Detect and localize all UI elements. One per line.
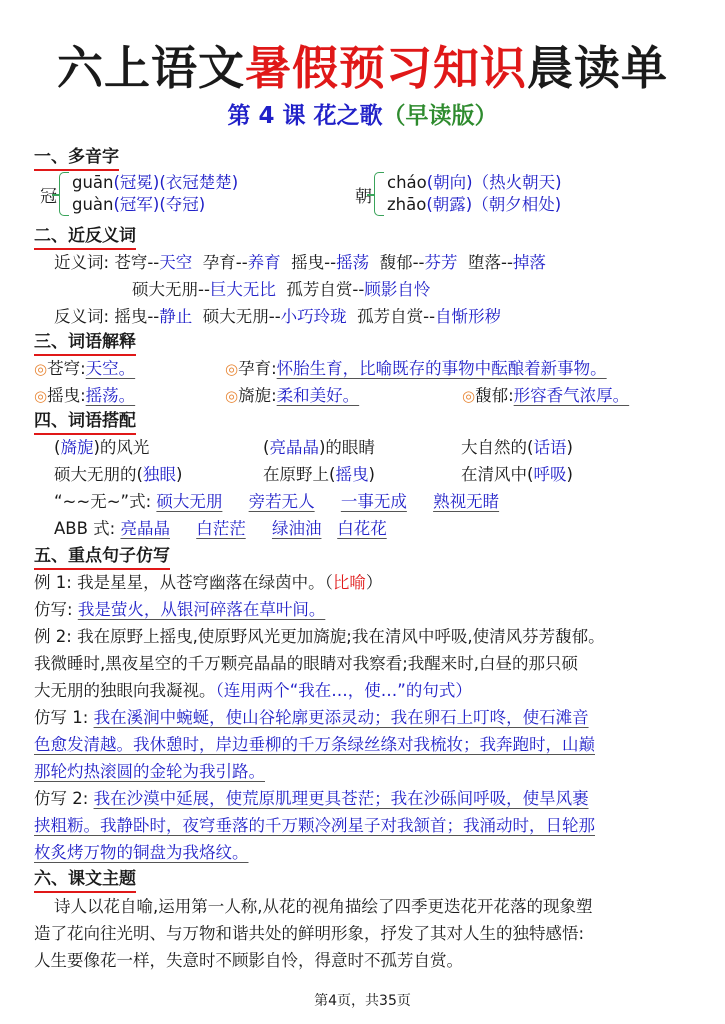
collocation-item: 在清风中(呼吸) (461, 463, 573, 487)
theme-line-3: 人生要像花一样，失意时不顾影自怜，得意时不孤芳自赏。 (34, 949, 463, 973)
imitation-2-line-3: 枚炙烤万物的铜盘为我烙纹。 (34, 841, 249, 865)
bracket-icon (59, 172, 69, 216)
collocation-item: (旖旎)的风光 (54, 436, 149, 460)
collocation-item: (亮晶晶)的眼睛 (263, 436, 375, 460)
circle-bullet-icon: ◎ (34, 360, 47, 378)
imitation-1-line-1: 仿写 1: 我在溪涧中蜿蜒，使山谷轮廓更添灵动；我在卵石上叮咚，使石滩音 (34, 706, 589, 730)
definition-item: ◎孕育:怀胎生育，比喻既存的事物中酝酿着新事物。 (225, 357, 607, 381)
collocation-item: 在原野上(摇曳) (263, 463, 375, 487)
lesson-name: 第 4 课 花之歌 (227, 103, 382, 129)
reading-row: guàn(冠军)(夺冠) (72, 194, 238, 216)
circle-bullet-icon: ◎ (225, 387, 238, 405)
lesson-subtitle: 第 4 课 花之歌（早读版） (0, 100, 725, 132)
circle-bullet-icon: ◎ (34, 387, 47, 405)
edition-label: （早读版） (383, 103, 498, 129)
circle-bullet-icon: ◎ (225, 360, 238, 378)
theme-line-2: 造了花向往光明、与万物和谐共处的鲜明形象，抒发了其对人生的独特感悟: (34, 922, 584, 946)
section-heading-synonyms: 二、近反义词 (34, 225, 136, 250)
imitation-1-line-3: 那轮灼热滚圆的金轮为我引路。 (34, 760, 265, 784)
title-highlight: 暑假预习知识 (245, 41, 527, 95)
section-heading-theme: 六、课文主题 (34, 868, 136, 893)
imitation-1-line-2: 色愈发清越。我休憩时，岸边垂柳的千万条绿丝绦对我梳妆；我奔跑时，山巅 (34, 733, 595, 757)
reading-row: zhāo(朝露)（朝夕相处) (387, 194, 562, 216)
title-part-2: 晨读单 (527, 41, 668, 95)
example-2-line-1: 例 2: 我在原野上摇曳,使原野风光更加旖旎;我在清风中呼吸,使清风芬芳馥郁。 (34, 625, 605, 649)
imitation-0: 仿写: 我是萤火，从银河碎落在草叶间。 (34, 598, 325, 622)
imitation-2-line-1: 仿写 2: 我在沙漠中延展，使荒原肌理更具苍茫；我在沙砾间呼吸，使旱风裹 (34, 787, 589, 811)
abb-pattern-line: ABB 式: 亮晶晶 白茫茫 绿油油 白花花 (54, 517, 387, 541)
polyphone-chao: 朝 cháo(朝向)（热火朝天) zhāo(朝露)（朝夕相处) (355, 172, 562, 216)
circle-bullet-icon: ◎ (462, 387, 475, 405)
polyphone-guan: 冠 guān(冠冕)(衣冠楚楚) guàn(冠军)(夺冠) (40, 172, 238, 216)
definition-item: ◎苍穹:天空。 (34, 357, 135, 381)
imitation-2-line-2: 挟粗粝。我静卧时，夜穹垂落的千万颗冷冽星子对我颔首；我涌动时，日轮那 (34, 814, 595, 838)
definition-item: ◎旖旎:柔和美好。 (225, 384, 359, 408)
example-2-line-3: 大无朋的独眼向我凝视。（连用两个“我在…，使…”的句式） (34, 679, 472, 703)
synonyms-line-1: 近义词: 苍穹--天空 孕育--养育 摇曳--摇荡 馥郁--芬芳 堕落--掉落 (54, 251, 546, 275)
title-part-1: 六上语文 (57, 41, 245, 95)
reading-row: guān(冠冕)(衣冠楚楚) (72, 172, 238, 194)
page-title: 六上语文暑假预习知识晨读单 (0, 38, 725, 98)
definition-item: ◎摇曳:摇荡。 (34, 384, 135, 408)
collocation-item: 硕大无朋的(独眼) (54, 463, 182, 487)
example-1: 例 1: 我是星星，从苍穹幽落在绿茵中。（比喻） (34, 571, 382, 595)
collocation-item: 大自然的(话语) (461, 436, 573, 460)
wu-pattern-line: “~~无~”式: 硕大无朋 旁若无人 一事无成 熟视无睹 (54, 490, 499, 514)
section-heading-imitation: 五、重点句子仿写 (34, 545, 170, 570)
synonyms-line-2: 硕大无朋--巨大无比 孤芳自赏--顾影自怜 (132, 278, 430, 302)
theme-line-1: 诗人以花自喻,运用第一人称,从花的视角描绘了四季更迭花开花落的现象塑 (54, 895, 593, 919)
antonyms-line: 反义词: 摇曳--静止 硕大无朋--小巧玲珑 孤芳自赏--自惭形秽 (54, 305, 501, 329)
definition-item: ◎馥郁:形容香气浓厚。 (462, 384, 629, 408)
bracket-icon (374, 172, 384, 216)
reading-row: cháo(朝向)（热火朝天) (387, 172, 562, 194)
page-number: 第4页，共35页 (0, 990, 725, 1010)
example-2-line-2: 我微睡时,黑夜星空的千万颗亮晶晶的眼睛对我察看;我醒来时,白昼的那只硕 (34, 652, 578, 676)
section-heading-polyphones: 一、多音字 (34, 146, 119, 171)
section-heading-collocations: 四、词语搭配 (34, 410, 136, 435)
section-heading-definitions: 三、词语解释 (34, 331, 136, 356)
